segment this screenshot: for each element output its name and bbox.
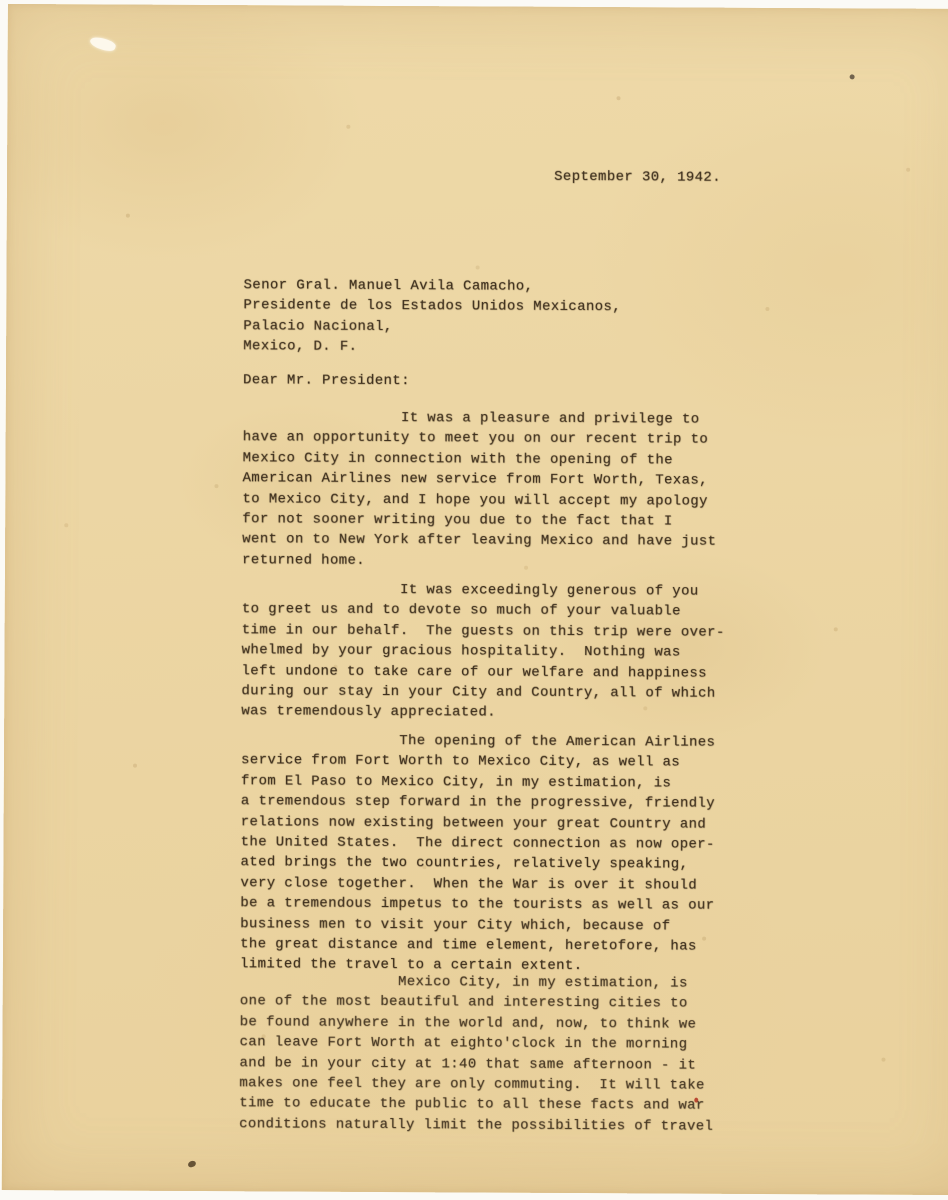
letter-paper: September 30, 1942. Senor Gral. Manuel A… bbox=[2, 4, 948, 1195]
paper-dark-dot bbox=[850, 74, 855, 79]
paper-dark-speck bbox=[187, 1160, 196, 1168]
letter-date: September 30, 1942. bbox=[554, 167, 721, 188]
body-paragraph-3: The opening of the American Airlines ser… bbox=[240, 730, 715, 977]
body-paragraph-2: It was exceedingly generous of you to gr… bbox=[241, 579, 725, 724]
body-paragraph-1: It was a pleasure and privilege to have … bbox=[242, 407, 717, 573]
scanned-letter-page: September 30, 1942. Senor Gral. Manuel A… bbox=[0, 0, 948, 1200]
paper-speckles bbox=[8, 4, 10, 6]
recipient-address: Senor Gral. Manuel Avila Camacho, Presid… bbox=[243, 275, 621, 359]
body-paragraph-4: Mexico City, in my estimation, is one of… bbox=[239, 971, 714, 1137]
letter-salutation: Dear Mr. President: bbox=[243, 370, 410, 391]
paper-white-speck bbox=[89, 35, 117, 54]
